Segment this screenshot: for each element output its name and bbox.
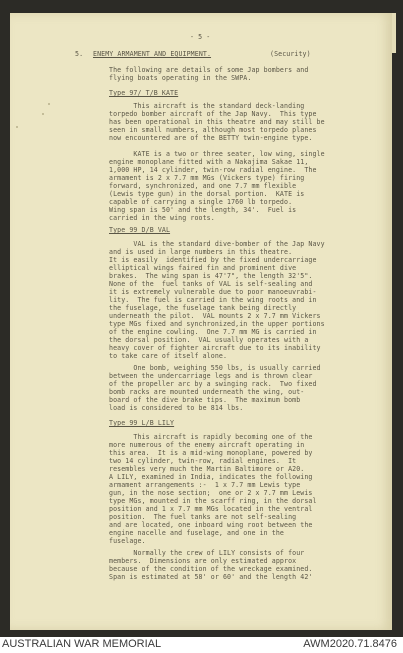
text-line: load is considered to be 814 lbs. [109,404,243,413]
intro-line: flying boats operating in the SWPA. [109,74,251,83]
text-line: fuselage. [109,537,146,546]
page-number: - 5 - [190,33,210,42]
paper-speck [16,126,18,128]
text-line: Span is estimated at 58' or 60' and the … [109,573,313,582]
aircraft-heading-lily: Type 99 L/B LILY [109,419,174,428]
section-number: 5. [75,50,83,59]
aircraft-heading-kate: Type 97/ T/B KATE [109,89,178,98]
section-title: ENEMY ARMAMENT AND EQUIPMENT. [93,50,211,59]
paper-speck [42,113,44,115]
security-classification: (Security) [270,50,311,59]
text-line: carried in the wing roots. [109,214,215,223]
aircraft-heading-val: Type 99 D/B VAL [109,226,170,235]
archive-footer: AUSTRALIAN WAR MEMORIAL AWM2020.71.8476 [0,637,403,653]
accession-number: AWM2020.71.8476 [303,638,397,650]
text-line: now encountered are of the BETTY twin-en… [109,134,313,143]
paper-edge [392,13,396,53]
text-line: to take care of itself alone. [109,352,227,361]
paper-speck [48,103,50,105]
institution-name: AUSTRALIAN WAR MEMORIAL [2,638,161,650]
